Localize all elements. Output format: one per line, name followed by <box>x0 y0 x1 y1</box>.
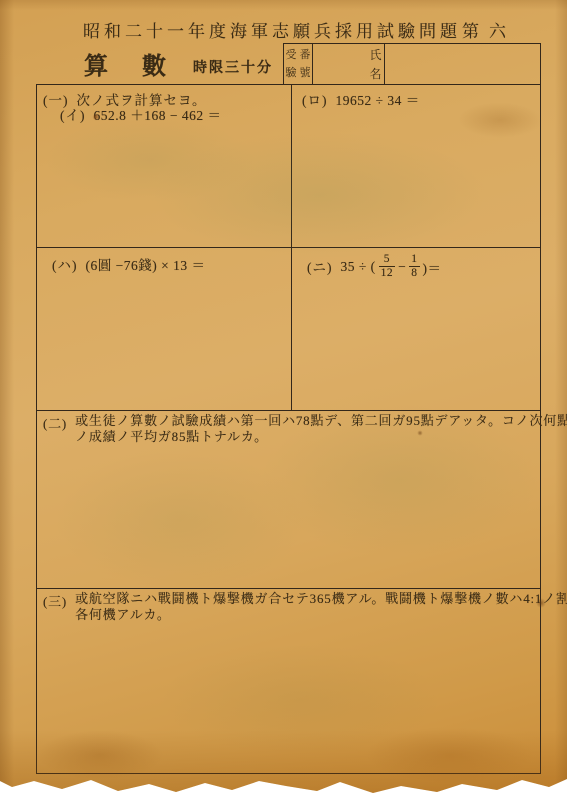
question-2-number: (二) <box>43 413 67 445</box>
question-1-item-ro-expression: 19652 ÷ 34 ＝ <box>336 89 420 109</box>
fraction-numerator: 5 <box>384 253 390 266</box>
fraction-numerator: 1 <box>411 253 417 266</box>
question-1-item-ha-expression: (6圓 −76錢) × 13 ＝ <box>86 254 206 274</box>
question-3-number: (三) <box>43 591 67 623</box>
question-3-line-1: 或航空隊ニハ戰鬪機ト爆撃機ガ合セテ365機アル。戰鬪機ト爆撃機ノ數ハ4:1ノ割合… <box>75 591 567 607</box>
question-2-text: 或生徒ノ算數ノ試驗成績ハ第一回ハ78點デ、第二回ガ95點デアッタ。コノ次何點トレ… <box>75 413 567 445</box>
question-1-item-i: (イ) 652.8 ＋168 − 462 ＝ <box>60 104 222 124</box>
grid-horizontal-divider-3 <box>36 588 540 589</box>
question-1-item-ni: (ニ) 35 ÷ ( 5 12 − 1 8 )＝ <box>307 249 442 280</box>
question-1-item-ro: (ロ) 19652 ÷ 34 ＝ <box>302 89 420 109</box>
question-1-item-ni-expression: 35 ÷ ( 5 12 − 1 8 )＝ <box>341 253 442 280</box>
fraction-denominator: 12 <box>379 266 396 280</box>
question-1-item-ni-label: (ニ) <box>307 256 333 280</box>
expression-operator: − <box>398 259 406 275</box>
scanned-exam-sheet: 昭和二十一年度海軍志願兵採用試驗問題 第六 算數 時限三十分 受驗 番號 氏名 … <box>0 0 567 800</box>
question-3-line-2: 各何機アルカ。 <box>75 607 567 623</box>
question-1-item-ha: (ハ) (6圓 −76錢) × 13 ＝ <box>52 254 205 274</box>
name-label: 氏名 <box>369 46 382 84</box>
name-write-space <box>385 44 540 85</box>
examinee-number-label-col1: 受驗 <box>285 46 297 85</box>
exam-title: 昭和二十一年度海軍志願兵採用試驗問題 <box>83 17 461 42</box>
page-number: 第六 <box>462 17 516 42</box>
fraction-5-12: 5 12 <box>379 253 396 280</box>
grid-horizontal-divider-2 <box>36 410 540 411</box>
question-3: (三) 或航空隊ニハ戰鬪機ト爆撃機ガ合セテ365機アル。戰鬪機ト爆撃機ノ數ハ4:… <box>43 591 538 623</box>
paper-sheet: 昭和二十一年度海軍志願兵採用試驗問題 第六 算數 時限三十分 受驗 番號 氏名 … <box>0 0 567 800</box>
question-1-item-ha-label: (ハ) <box>52 254 78 274</box>
grid-vertical-divider <box>291 85 292 411</box>
name-label-cell: 氏名 <box>369 44 385 85</box>
examinee-number-label-col2: 番號 <box>299 46 311 85</box>
question-1-item-i-expression: 652.8 ＋168 − 462 ＝ <box>94 104 222 124</box>
question-1-item-ro-label: (ロ) <box>302 89 328 109</box>
fraction-denominator: 8 <box>409 266 419 280</box>
time-limit-label: 時限三十分 <box>193 57 273 77</box>
examinee-number-label-cell: 受驗 番號 <box>284 44 313 85</box>
expression-suffix: )＝ <box>423 257 442 277</box>
grid-horizontal-divider-1 <box>36 247 540 248</box>
subject-title: 算數 <box>84 46 200 81</box>
examinee-number-write-space <box>313 44 369 85</box>
question-1-item-i-label: (イ) <box>60 104 86 124</box>
question-2-line-1: 或生徒ノ算數ノ試驗成績ハ第一回ハ78點デ、第二回ガ95點デアッタ。コノ次何點トレ… <box>75 413 567 429</box>
question-2-line-2: ノ成績ノ平均ガ85點トナルカ。 <box>75 429 567 445</box>
candidate-info-box: 受驗 番號 氏名 <box>283 43 541 85</box>
expression-prefix: 35 ÷ ( <box>341 259 376 275</box>
question-3-text: 或航空隊ニハ戰鬪機ト爆撃機ガ合セテ365機アル。戰鬪機ト爆撃機ノ數ハ4:1ノ割合… <box>75 591 567 623</box>
question-2: (二) 或生徒ノ算數ノ試驗成績ハ第一回ハ78點デ、第二回ガ95點デアッタ。コノ次… <box>43 413 538 445</box>
fraction-1-8: 1 8 <box>409 253 419 280</box>
